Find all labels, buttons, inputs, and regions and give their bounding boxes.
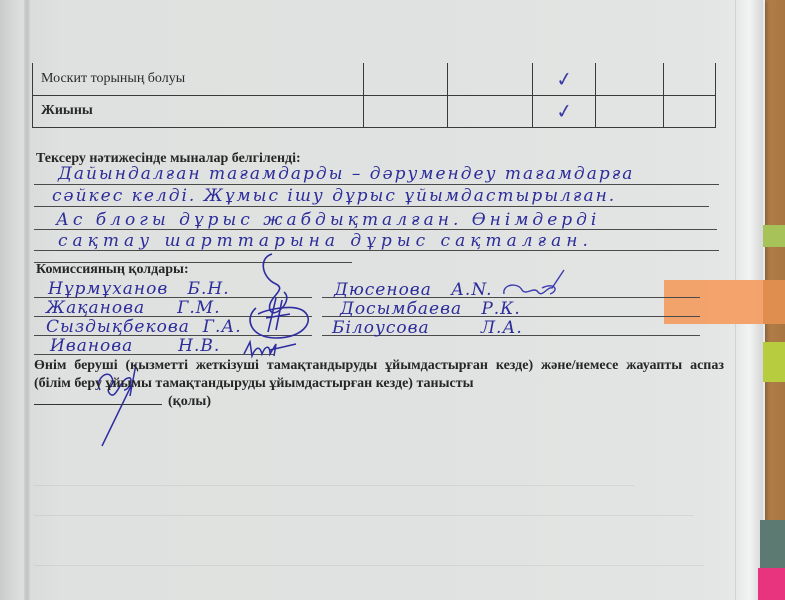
member-name: Нұрмұханов Б.Н.: [48, 279, 230, 299]
table-cell: ✓: [533, 63, 595, 95]
ruled-line: [34, 184, 719, 185]
show-through-line: [34, 565, 704, 566]
member-name: Дюсенова А.N.: [334, 280, 493, 300]
table-cell: [663, 63, 715, 95]
table-cell: ✓: [533, 95, 595, 127]
signature-label: (қолы): [168, 394, 211, 409]
ruled-line: [34, 206, 709, 207]
acknowledgement-text: Өнім беруші (қызметті жеткізуші тамақтан…: [34, 357, 724, 393]
show-through-line: [34, 485, 634, 486]
row-label: Москит торының болуы: [33, 63, 364, 95]
binding-shadow: [24, 0, 30, 600]
acknowledgement-signature-line: (қолы): [34, 393, 211, 411]
signature-scribble-icon: [498, 268, 568, 304]
checkmark-icon: ✓: [554, 98, 574, 124]
table-cell: [363, 63, 448, 95]
sticky-tab-lime[interactable]: [763, 225, 785, 247]
commission-heading: Комиссияның қолдары:: [36, 262, 189, 278]
table-cell: [663, 95, 715, 127]
checkmark-icon: ✓: [554, 66, 574, 92]
handwritten-line: сәйкес келді. Жұмыс ішу дұрыс ұйымдастыр…: [52, 186, 616, 206]
inspection-table: Москит торының болуы ✓ Жиыны ✓: [32, 63, 716, 128]
sticky-tab-teal[interactable]: [760, 520, 785, 568]
table-row: Москит торының болуы ✓: [33, 63, 716, 95]
sticky-tab-magenta[interactable]: [758, 568, 785, 600]
member-name: Досымбаева Р.К.: [340, 299, 521, 319]
member-name: Иванова Н.В.: [50, 336, 220, 356]
signature-scribble-icon: [236, 248, 326, 348]
show-through-line: [34, 515, 694, 516]
table-cell: [448, 95, 533, 127]
table-cell: [448, 63, 533, 95]
handwritten-line: Ас блогы дұрыс жабдықталған. Өнімдерді: [56, 210, 600, 230]
table-cell: [363, 95, 448, 127]
handwritten-line: Дайындалған тағамдарды – дәрумендеу таға…: [58, 164, 634, 184]
sticky-tab-orange-edge: [763, 280, 785, 324]
row-label: Жиыны: [33, 95, 364, 127]
table-cell: [595, 63, 663, 95]
member-name: Жақанова Г.М.: [46, 298, 221, 318]
table-row-total: Жиыны ✓: [33, 95, 716, 127]
sticky-tab-yellow-green[interactable]: [763, 342, 785, 382]
signature-line: [34, 404, 162, 405]
member-name: Білоусова Л.А.: [332, 318, 523, 338]
member-name: Сыздықбекова Г.А.: [46, 317, 242, 337]
table-cell: [595, 95, 663, 127]
